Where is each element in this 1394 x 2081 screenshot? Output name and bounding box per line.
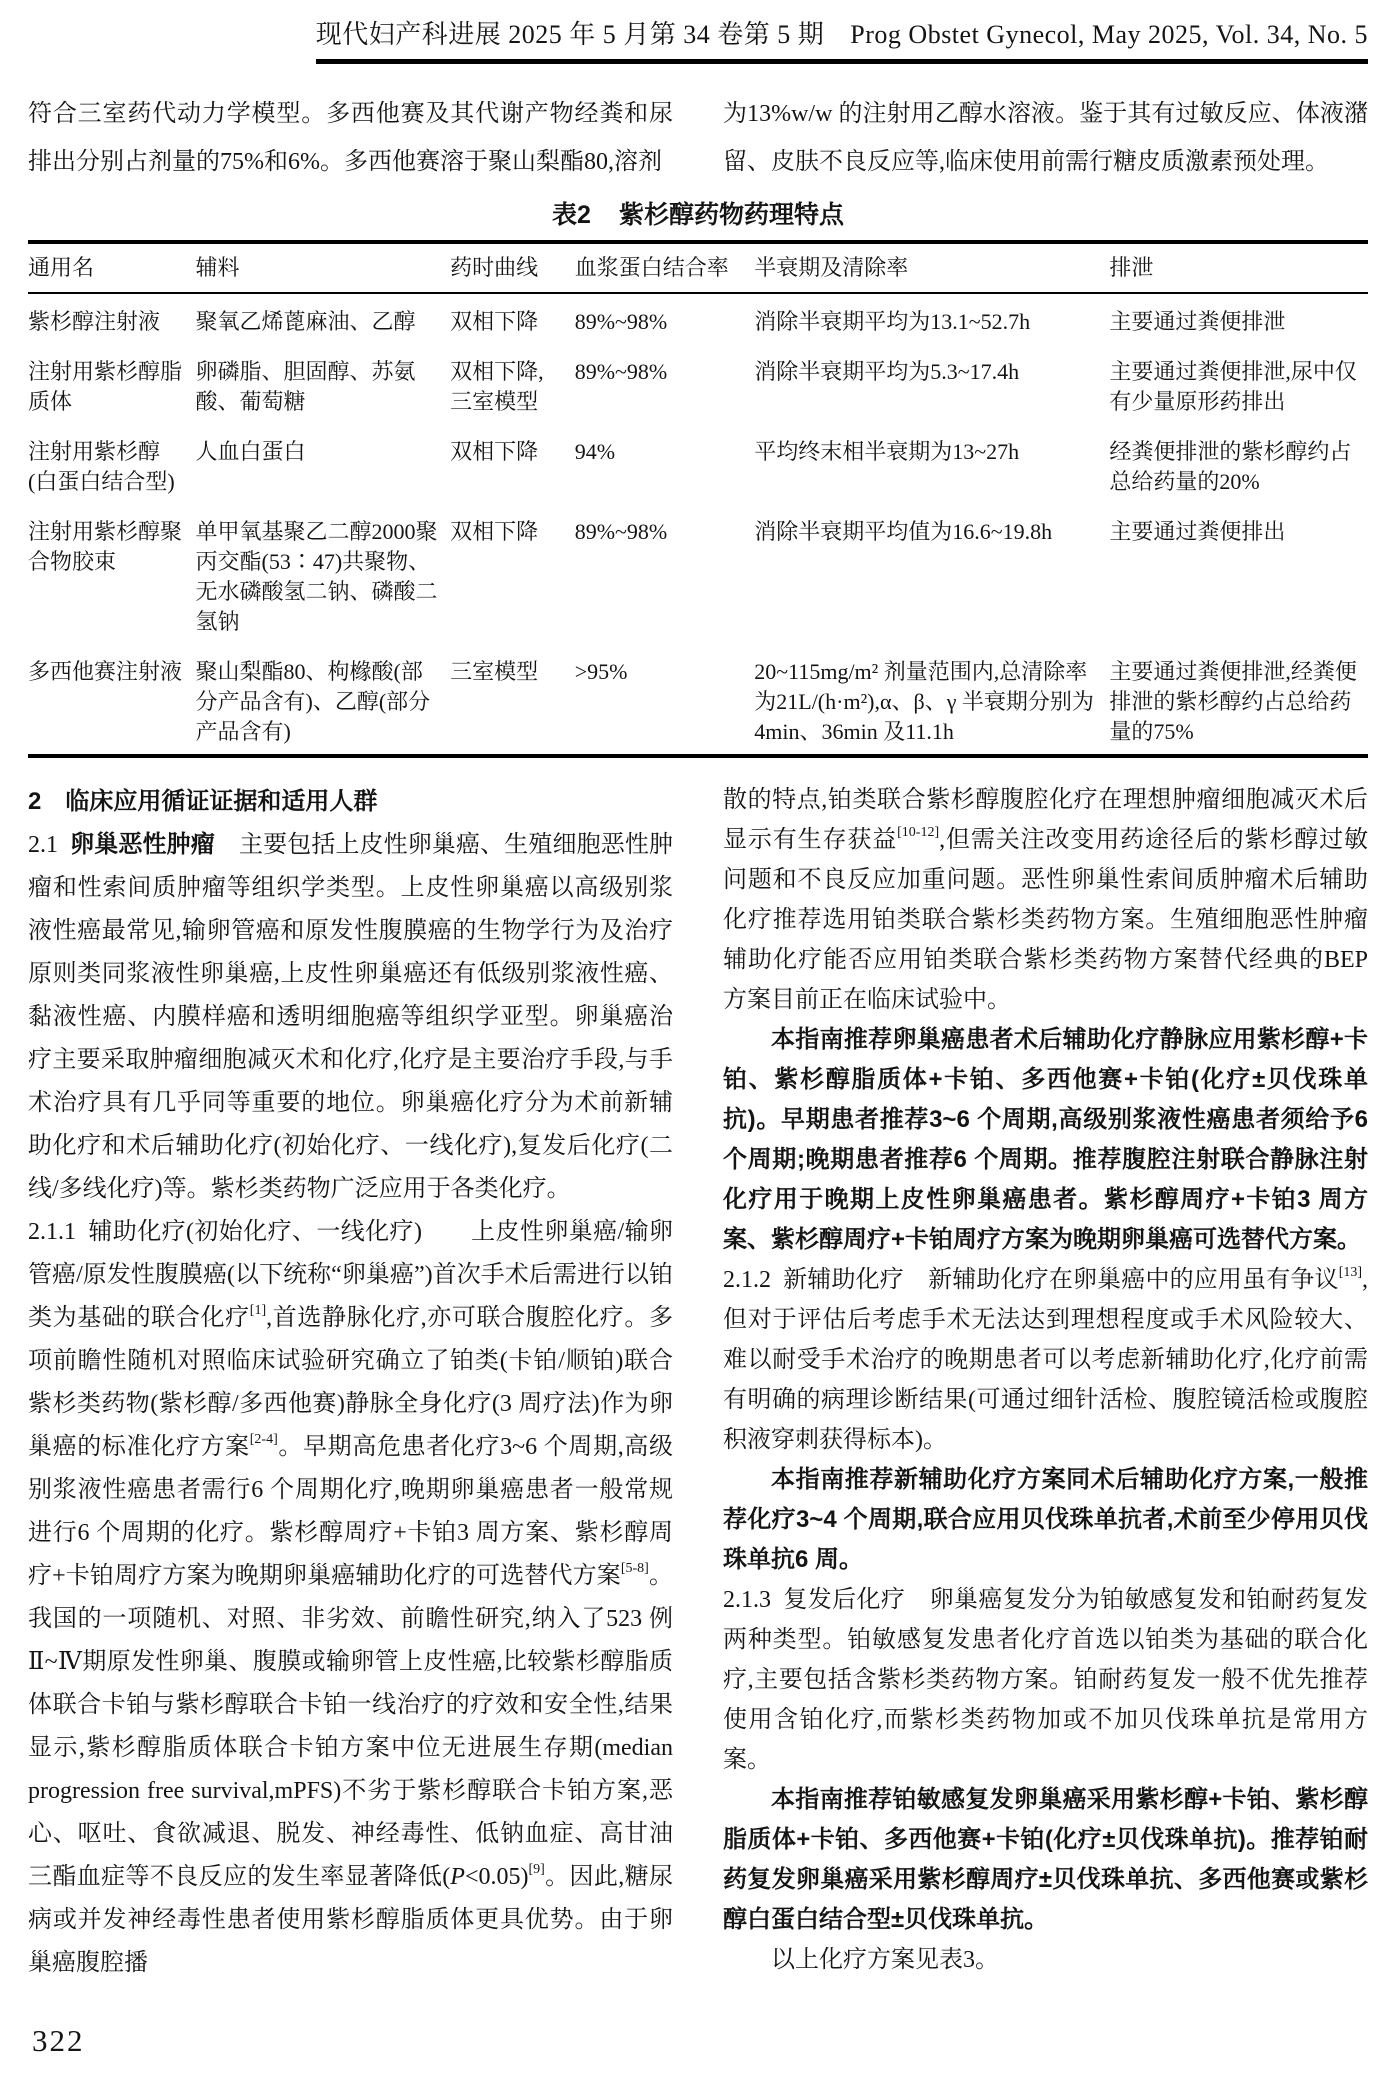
recommendation-recurrence: 本指南推荐铂敏感复发卵巢癌采用紫杉醇+卡铂、紫杉醇脂质体+卡铂、多西他赛+卡铂(… — [723, 1780, 1368, 1940]
intro-right-paragraph: 为13%w/w 的注射用乙醇水溶液。鉴于其有过敏反应、体液潴留、皮肤不良反应等,… — [723, 90, 1368, 186]
table-column-header: 半衰期及清除率 — [754, 242, 1109, 293]
table-row: 多西他赛注射液聚山梨酯80、枸橼酸(部分产品含有)、乙醇(部分产品含有)三室模型… — [28, 644, 1368, 756]
intro-left-column: 符合三室药代动力学模型。多西他赛及其代谢产物经粪和尿排出分别占剂量的75%和6%… — [28, 90, 673, 186]
table-cell: 卵磷脂、胆固醇、苏氨酸、葡萄糖 — [196, 344, 451, 424]
text-run: 卵巢恶性肿瘤 — [70, 831, 215, 858]
text-run — [76, 1219, 88, 1245]
intro-section: 符合三室药代动力学模型。多西他赛及其代谢产物经粪和尿排出分别占剂量的75%和6%… — [28, 90, 1368, 186]
text-run — [58, 832, 70, 858]
journal-page: 现代妇产科进展 2025 年 5 月第 34 卷第 5 期Prog Obstet… — [0, 0, 1394, 2081]
table-cell: 三室模型 — [450, 644, 575, 756]
text-run: 临床应用循证证据和适用人群 — [65, 788, 377, 815]
section-2-1-3-paragraph: 2.1.3 复发后化疗 卵巢癌复发分为铂敏感复发和铂耐药复发两种类型。铂敏感复发… — [723, 1580, 1368, 1780]
reference-marker: [10-12] — [897, 825, 939, 840]
recommendation-neoadjuvant: 本指南推荐新辅助化疗方案同术后辅助化疗方案,一般推荐化疗3~4 个周期,联合应用… — [723, 1460, 1368, 1580]
journal-title-cn: 现代妇产科进展 2025 年 5 月第 34 卷第 5 期 — [316, 20, 825, 49]
section-2-1-1-paragraph: 2.1.1 辅助化疗(初始化疗、一线化疗) 上皮性卵巢癌/输卵管癌/原发性腹膜癌… — [28, 1211, 673, 1985]
table-row: 紫杉醇注射液聚氧乙烯蓖麻油、乙醇双相下降89%~98%消除半衰期平均为13.1~… — [28, 293, 1368, 344]
table-cell: 消除半衰期平均值为16.6~19.8h — [754, 504, 1109, 644]
table-caption-label: 表2 — [552, 201, 591, 229]
body-right-column: 散的特点,铂类联合紫杉醇腹腔化疗在理想肿瘤细胞减灭术后显示有生存获益[10-12… — [723, 780, 1368, 1985]
text-run — [771, 1267, 783, 1293]
text-run: 2.1.2 — [723, 1267, 771, 1293]
table-cell: 主要通过粪便排泄 — [1109, 293, 1368, 344]
section-2-1-2-paragraph: 2.1.2 新辅助化疗 新辅助化疗在卵巢癌中的应用虽有争议[13],但对于评估后… — [723, 1260, 1368, 1460]
table-cell: 多西他赛注射液 — [28, 644, 196, 756]
intro-left-paragraph: 符合三室药代动力学模型。多西他赛及其代谢产物经粪和尿排出分别占剂量的75%和6%… — [28, 90, 673, 186]
section-2-1-1-continuation: 散的特点,铂类联合紫杉醇腹腔化疗在理想肿瘤细胞减灭术后显示有生存获益[10-12… — [723, 780, 1368, 1020]
table-column-header: 辅料 — [196, 242, 451, 293]
table-cell: 消除半衰期平均为13.1~52.7h — [754, 293, 1109, 344]
text-run: 本指南推荐卵巢癌患者术后辅助化疗静脉应用紫杉醇+卡铂、紫杉醇脂质体+卡铂、多西他… — [723, 1026, 1368, 1253]
text-run: 2.1.1 — [28, 1219, 76, 1245]
table-cell: 平均终末相半衰期为13~27h — [754, 424, 1109, 504]
reference-marker: [1] — [250, 1303, 266, 1318]
table-cell: 89%~98% — [575, 504, 755, 644]
intro-right-column: 为13%w/w 的注射用乙醇水溶液。鉴于其有过敏反应、体液潴留、皮肤不良反应等,… — [723, 90, 1368, 186]
text-run: ,但需关注改变用药途径后的紫杉醇过敏问题和不良反应加重问题。恶性卵巢性索间质肿瘤… — [723, 827, 1368, 1013]
pharmacology-table: 通用名辅料药时曲线血浆蛋白结合率半衰期及清除率排泄 紫杉醇注射液聚氧乙烯蓖麻油、… — [28, 240, 1368, 758]
section-2-1-paragraph: 2.1 卵巢恶性肿瘤 主要包括上皮性卵巢癌、生殖细胞恶性肿瘤和性索间质肿瘤等组织… — [28, 823, 673, 1211]
body-section: 2 临床应用循证证据和适用人群2.1 卵巢恶性肿瘤 主要包括上皮性卵巢癌、生殖细… — [28, 780, 1368, 1985]
table-header-row: 通用名辅料药时曲线血浆蛋白结合率半衰期及清除率排泄 — [28, 242, 1368, 293]
table-cell: 经粪便排泄的紫杉醇约占总给药量的20% — [1109, 424, 1368, 504]
text-run: 新辅助化疗在卵巢癌中的应用虽有争议 — [904, 1267, 1339, 1293]
table-cell: 89%~98% — [575, 293, 755, 344]
text-run: 2 — [28, 788, 41, 815]
table-cell: 主要通过粪便排泄,经粪便排泄的紫杉醇约占总给药量的75% — [1109, 644, 1368, 756]
table-cell: 人血白蛋白 — [196, 424, 451, 504]
recommendation-adjuvant: 本指南推荐卵巢癌患者术后辅助化疗静脉应用紫杉醇+卡铂、紫杉醇脂质体+卡铂、多西他… — [723, 1020, 1368, 1260]
table-row: 注射用紫杉醇聚合物胶束单甲氧基聚乙二醇2000聚丙交酯(53∶47)共聚物、无水… — [28, 504, 1368, 644]
table-row: 注射用紫杉醇(白蛋白结合型)人血白蛋白双相下降94%平均终末相半衰期为13~27… — [28, 424, 1368, 504]
text-run: ,但对于评估后考虑手术无法达到理想程度或手术风险较大、难以耐受手术治疗的晚期患者… — [723, 1267, 1368, 1453]
running-head: 现代妇产科进展 2025 年 5 月第 34 卷第 5 期Prog Obstet… — [28, 18, 1368, 64]
text-run: 复发后化疗 — [783, 1587, 905, 1613]
table-cell: 主要通过粪便排出 — [1109, 504, 1368, 644]
reference-marker: [13] — [1339, 1265, 1362, 1280]
table-column-header: 血浆蛋白结合率 — [575, 242, 755, 293]
reference-marker: [5-8] — [621, 1561, 649, 1576]
text-run: 2.1 — [28, 832, 58, 858]
table-cell: 紫杉醇注射液 — [28, 293, 196, 344]
text-run: 本指南推荐铂敏感复发卵巢癌采用紫杉醇+卡铂、紫杉醇脂质体+卡铂、多西他赛+卡铂(… — [723, 1786, 1368, 1933]
pharmacology-table-section: 表2紫杉醇药物药理特点 通用名辅料药时曲线血浆蛋白结合率半衰期及清除率排泄 紫杉… — [28, 200, 1368, 758]
text-run: <0.05) — [465, 1864, 529, 1890]
text-run: 卵巢癌复发分为铂敏感复发和铂耐药复发两种类型。铂敏感复发患者化疗首选以铂类为基础… — [723, 1587, 1368, 1773]
text-run: 新辅助化疗 — [783, 1267, 904, 1293]
table-cell: 双相下降 — [450, 424, 575, 504]
reference-marker: [2-4] — [250, 1432, 278, 1447]
section-2-heading: 2 临床应用循证证据和适用人群 — [28, 780, 673, 823]
reference-marker: [9] — [528, 1862, 544, 1877]
table-cell: 20~115mg/m² 剂量范围内,总清除率为21L/(h·m²),α、β、γ … — [754, 644, 1109, 756]
running-head-rule: 现代妇产科进展 2025 年 5 月第 34 卷第 5 期Prog Obstet… — [316, 18, 1368, 64]
table-cell: 聚山梨酯80、枸橼酸(部分产品含有)、乙醇(部分产品含有) — [196, 644, 451, 756]
text-run — [41, 788, 65, 815]
table-row: 注射用紫杉醇脂质体卵磷脂、胆固醇、苏氨酸、葡萄糖双相下降,三室模型89%~98%… — [28, 344, 1368, 424]
table-column-header: 通用名 — [28, 242, 196, 293]
journal-title-en: Prog Obstet Gynecol, May 2025, Vol. 34, … — [850, 20, 1368, 49]
text-run: 本指南推荐新辅助化疗方案同术后辅助化疗方案,一般推荐化疗3~4 个周期,联合应用… — [723, 1466, 1368, 1573]
text-run: 辅助化疗(初始化疗、一线化疗) — [88, 1219, 422, 1245]
table-cell: 单甲氧基聚乙二醇2000聚丙交酯(53∶47)共聚物、无水磷酸氢二钠、磷酸二氢钠 — [196, 504, 451, 644]
text-run: 。我国的一项随机、对照、非劣效、前瞻性研究,纳入了523 例Ⅱ~Ⅳ期原发性卵巢、… — [28, 1563, 673, 1890]
text-run — [771, 1587, 783, 1613]
table-cell: 消除半衰期平均为5.3~17.4h — [754, 344, 1109, 424]
table-cell: 双相下降 — [450, 293, 575, 344]
text-run: 2.1.3 — [723, 1587, 771, 1613]
table-cell: 双相下降 — [450, 504, 575, 644]
table-caption: 表2紫杉醇药物药理特点 — [28, 200, 1368, 230]
text-run: P — [450, 1864, 465, 1890]
body-left-column: 2 临床应用循证证据和适用人群2.1 卵巢恶性肿瘤 主要包括上皮性卵巢癌、生殖细… — [28, 780, 673, 1985]
table-body: 紫杉醇注射液聚氧乙烯蓖麻油、乙醇双相下降89%~98%消除半衰期平均为13.1~… — [28, 293, 1368, 756]
table-cell: 94% — [575, 424, 755, 504]
table-cell: 聚氧乙烯蓖麻油、乙醇 — [196, 293, 451, 344]
table-column-header: 排泄 — [1109, 242, 1368, 293]
text-run: 主要包括上皮性卵巢癌、生殖细胞恶性肿瘤和性索间质肿瘤等组织学类型。上皮性卵巢癌以… — [28, 832, 673, 1202]
table-cell: >95% — [575, 644, 755, 756]
table-caption-title: 紫杉醇药物药理特点 — [619, 201, 844, 229]
table-cell: 双相下降,三室模型 — [450, 344, 575, 424]
text-run: 以上化疗方案见表3。 — [771, 1947, 999, 1973]
page-number: 322 — [32, 2023, 85, 2059]
see-table-3-note: 以上化疗方案见表3。 — [723, 1940, 1368, 1980]
table-cell: 主要通过粪便排泄,尿中仅有少量原形药排出 — [1109, 344, 1368, 424]
table-column-header: 药时曲线 — [450, 242, 575, 293]
table-cell: 89%~98% — [575, 344, 755, 424]
table-cell: 注射用紫杉醇(白蛋白结合型) — [28, 424, 196, 504]
table-cell: 注射用紫杉醇脂质体 — [28, 344, 196, 424]
table-cell: 注射用紫杉醇聚合物胶束 — [28, 504, 196, 644]
